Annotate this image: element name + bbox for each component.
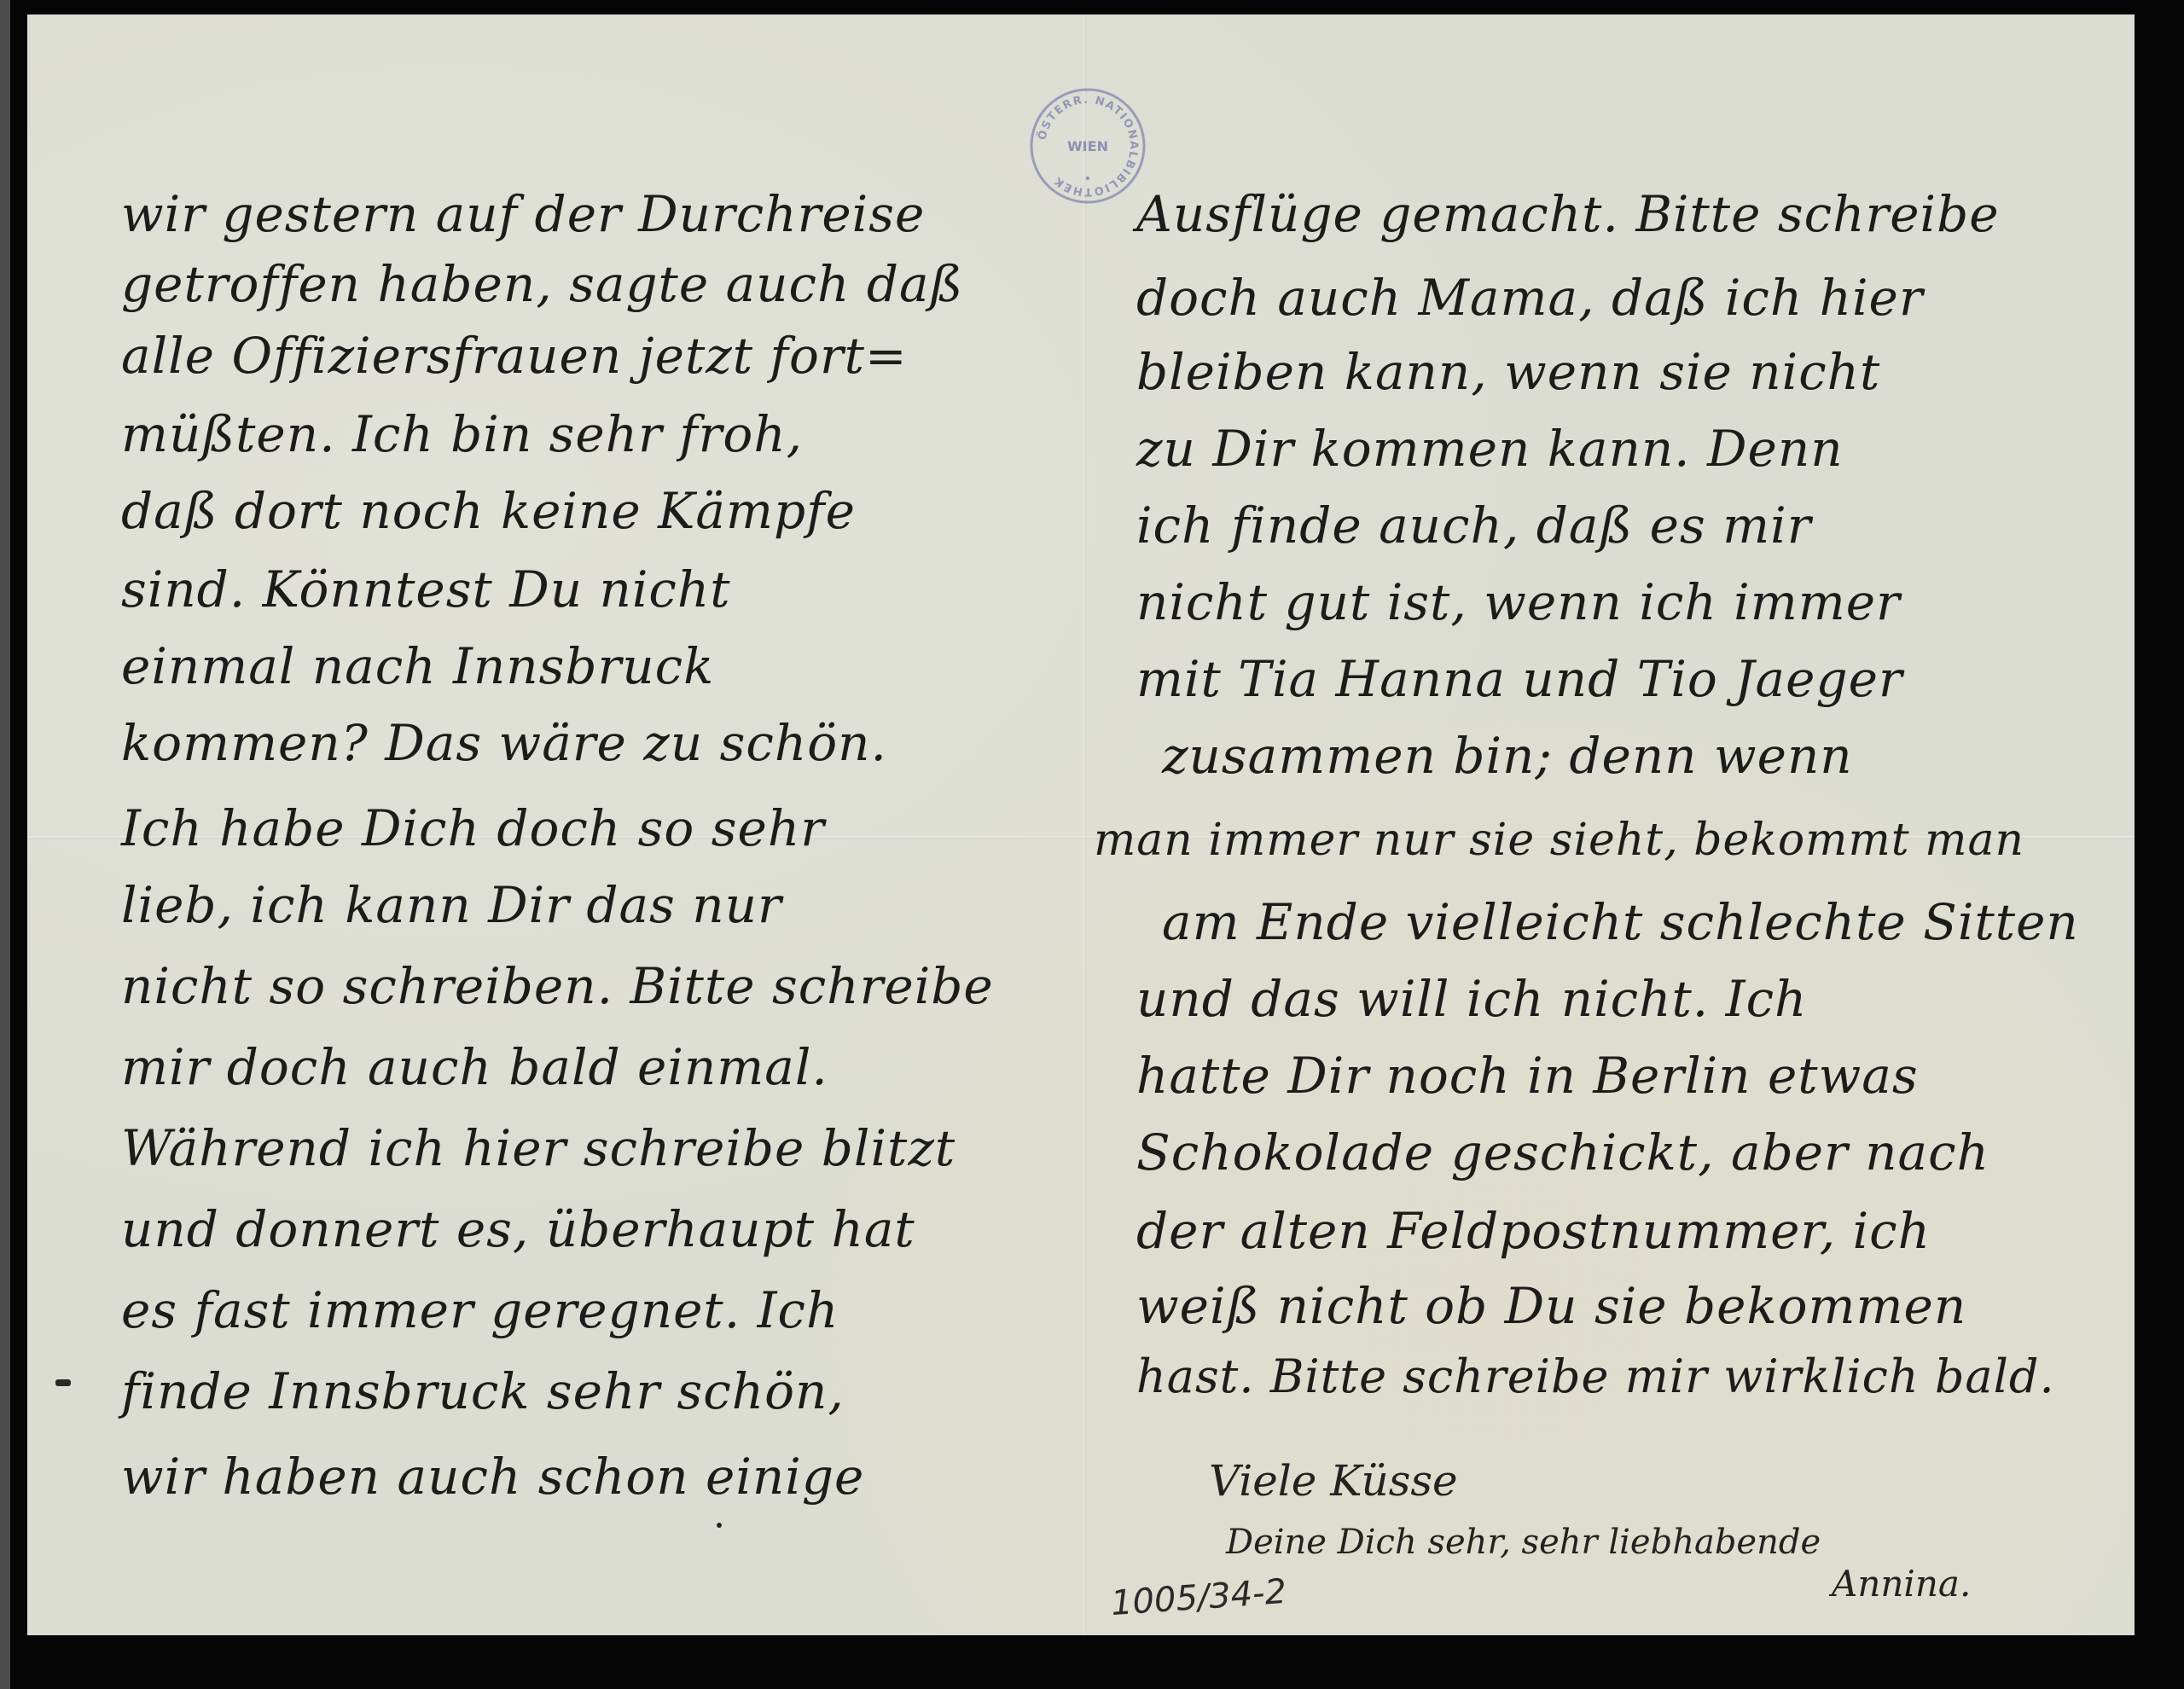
letter-line: wir gestern auf der Durchreise (121, 185, 925, 243)
letter-line: ich finde auch, daß es mir (1136, 496, 1811, 554)
letter-line: man immer nur sie sieht, bekommt man (1094, 815, 2024, 866)
letter-line: wir haben auch schon einige (121, 1448, 864, 1506)
letter-line: Ausflüge gemacht. Bitte schreibe (1136, 185, 2000, 243)
letter-line: sind. Könntest Du nicht (121, 560, 731, 618)
letter-line: müßten. Ich bin sehr froh, (121, 405, 803, 463)
letter-line: der alten Feldpostnummer, ich (1136, 1202, 1931, 1260)
letter-line: Während ich hier schreibe blitzt (121, 1119, 955, 1177)
stamp-center-text: WIEN (1067, 138, 1108, 154)
letter-line: es fast immer geregnet. Ich (121, 1281, 839, 1339)
letter-line: lieb, ich kann Dir das nur (121, 876, 782, 934)
letter-line: und donnert es, überhaupt hat (121, 1200, 915, 1258)
archive-shelfmark: 1005/34-2 (1110, 1572, 1288, 1623)
letter-line: nicht so schreiben. Bitte schreibe (121, 957, 994, 1015)
letter-line: mir doch auch bald einmal. (121, 1038, 828, 1096)
letter-line: bleiben kann, wenn sie nicht (1136, 343, 1880, 401)
letter-line: zu Dir kommen kann. Denn (1136, 420, 1844, 478)
letter-line: am Ende vielleicht schlechte Sitten (1162, 893, 2079, 951)
ink-dot (717, 1523, 722, 1528)
letter-line: finde Innsbruck sehr schön, (121, 1362, 845, 1420)
closing-valediction: Deine Dich sehr, sehr liebhabende (1226, 1523, 1821, 1562)
letter-line: und das will ich nicht. Ich (1136, 970, 1807, 1028)
letter-line: mit Tia Hanna und Tio Jaeger (1136, 650, 1903, 708)
letter-page: ÖSTERR. NATIONALBIBLIOTHEK WIEN wir gest… (27, 15, 2135, 1635)
library-stamp-icon: ÖSTERR. NATIONALBIBLIOTHEK WIEN (1028, 86, 1147, 206)
ink-blot-mark (55, 1379, 71, 1386)
letter-line: doch auch Mama, daß ich hier (1136, 269, 1924, 327)
letter-line: nicht gut ist, wenn ich immer (1136, 573, 1901, 631)
letter-line: weiß nicht ob Du sie bekommen (1136, 1277, 1966, 1335)
letter-line: hatte Dir noch in Berlin etwas (1136, 1047, 1919, 1105)
letter-line: zusammen bin; denn wenn (1162, 727, 1853, 785)
closing-greeting: Viele Küsse (1209, 1456, 1458, 1506)
letter-line: alle Offiziersfrauen jetzt fort= (121, 327, 908, 385)
letter-line: kommen? Das wäre zu schön. (121, 714, 887, 772)
scanner-edge-strip (0, 0, 10, 1689)
letter-line: Schokolade geschickt, aber nach (1136, 1123, 1989, 1181)
letter-line: getroffen haben, sagte auch daß (121, 255, 963, 313)
letter-line: hast. Bitte schreibe mir wirklich bald. (1136, 1349, 2055, 1403)
letter-line: einmal nach Innsbruck (121, 637, 714, 695)
letter-line: Ich habe Dich doch so sehr (121, 799, 825, 857)
vertical-fold-line (1083, 15, 1086, 1635)
letter-line: daß dort noch keine Kämpfe (121, 482, 856, 540)
signature: Annina. (1832, 1563, 1971, 1605)
